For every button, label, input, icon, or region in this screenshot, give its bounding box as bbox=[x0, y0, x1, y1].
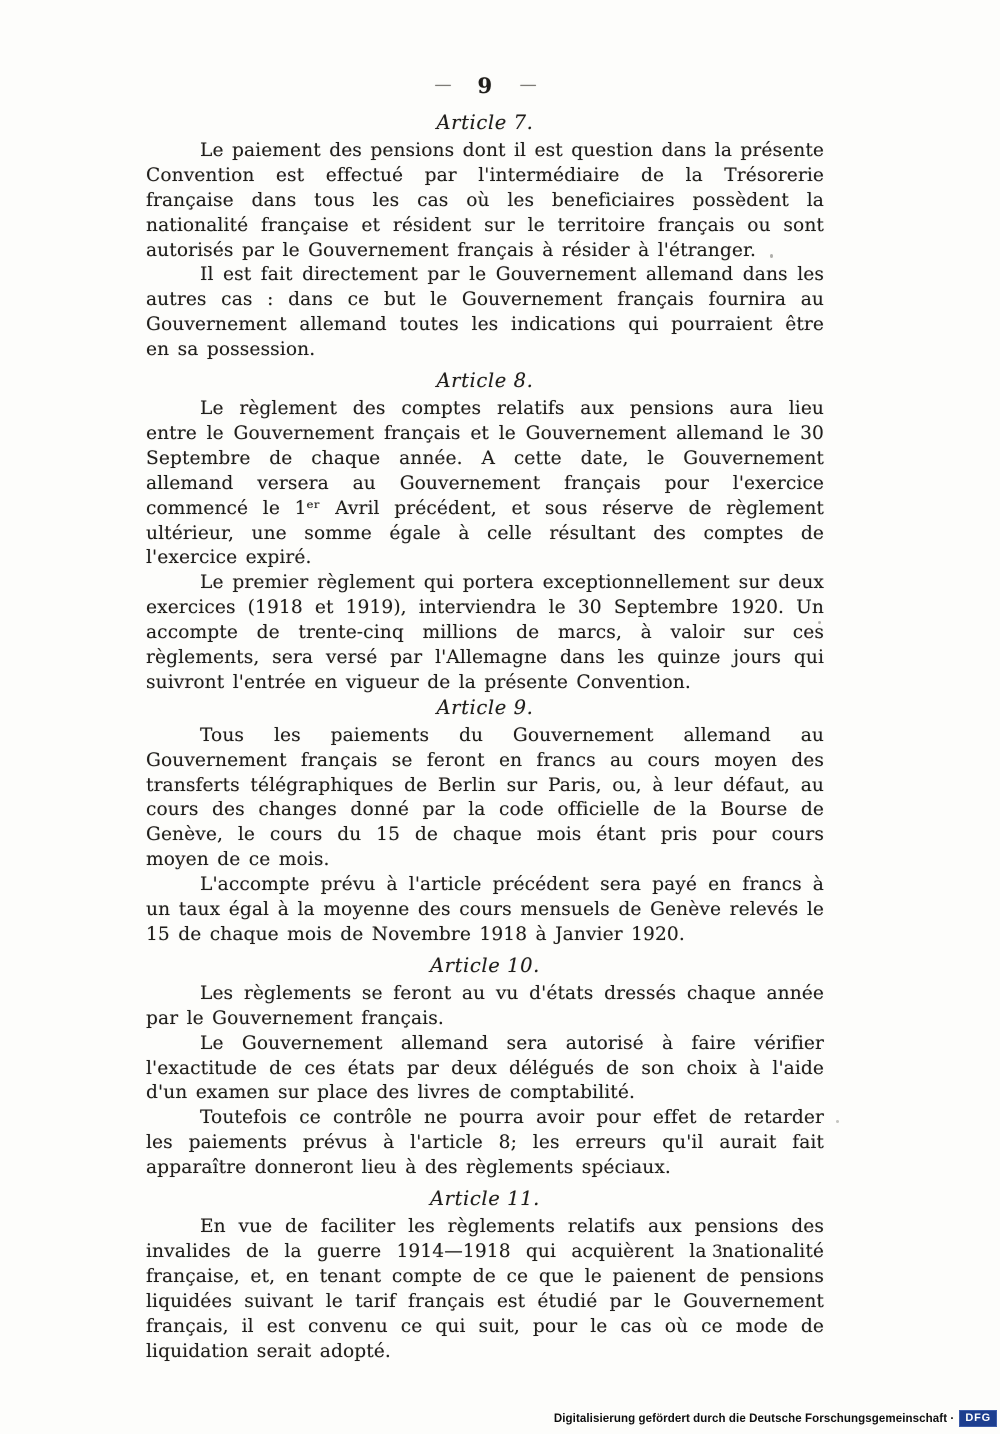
article-7-heading: Article 7. bbox=[146, 111, 824, 136]
scan-speck bbox=[836, 1120, 839, 1123]
scan-speck bbox=[404, 1277, 407, 1280]
article-10-paragraph-3: Toutefois ce contrôle ne pourra avoir po… bbox=[146, 1106, 824, 1181]
article-9-heading: Article 9. bbox=[146, 696, 824, 721]
digitization-credit-text: Digitalisierung gefördert durch die Deut… bbox=[554, 1413, 955, 1425]
header-dash-right: — bbox=[493, 75, 563, 95]
article-11-heading: Article 11. bbox=[146, 1187, 824, 1212]
scan-speck bbox=[818, 621, 821, 624]
page-number: 9 bbox=[477, 73, 492, 98]
digitization-footer: Digitalisierung gefördert durch die Deut… bbox=[554, 1410, 997, 1427]
article-7-paragraph-2: Il est fait directement par le Gouvernem… bbox=[146, 263, 824, 363]
article-8-paragraph-2: Le premier règlement qui portera excepti… bbox=[146, 571, 824, 696]
article-9-paragraph-2: L'accompte prévu à l'article précédent s… bbox=[146, 873, 824, 948]
page-number-header: —9— bbox=[146, 74, 824, 100]
article-10-heading: Article 10. bbox=[146, 954, 824, 979]
article-11-section: Article 11. En vue de faciliter les règl… bbox=[146, 1187, 824, 1364]
page-content: —9— Article 7. Le paiement des pensions … bbox=[146, 74, 824, 1364]
article-7-paragraph-1: Le paiement des pensions dont il est que… bbox=[146, 139, 824, 264]
article-10-section: Article 10. Les règlements se feront au … bbox=[146, 954, 824, 1181]
article-10-paragraph-1: Les règlements se feront au vu d'états d… bbox=[146, 982, 824, 1032]
article-8-section: Article 8. Le règlement des comptes rela… bbox=[146, 369, 824, 696]
article-9-section: Article 9. Tous les paiements du Gouvern… bbox=[146, 696, 824, 948]
article-9-paragraph-1: Tous les paiements du Gouvernement allem… bbox=[146, 724, 824, 873]
scan-speck bbox=[770, 254, 773, 258]
scanned-document-page: —9— Article 7. Le paiement des pensions … bbox=[0, 0, 1000, 1434]
dfg-logo: DFG bbox=[959, 1410, 997, 1427]
article-8-paragraph-1: Le règlement des comptes relatifs aux pe… bbox=[146, 397, 824, 571]
printer-signature-mark: 3 bbox=[712, 1242, 723, 1262]
article-11-paragraph-1: En vue de faciliter les règlements relat… bbox=[146, 1215, 824, 1364]
article-10-paragraph-2: Le Gouvernement allemand sera autorisé à… bbox=[146, 1032, 824, 1107]
article-7-section: Article 7. Le paiement des pensions dont… bbox=[146, 111, 824, 363]
scan-speck bbox=[160, 1303, 163, 1306]
article-8-heading: Article 8. bbox=[146, 369, 824, 394]
header-dash-left: — bbox=[407, 75, 477, 95]
